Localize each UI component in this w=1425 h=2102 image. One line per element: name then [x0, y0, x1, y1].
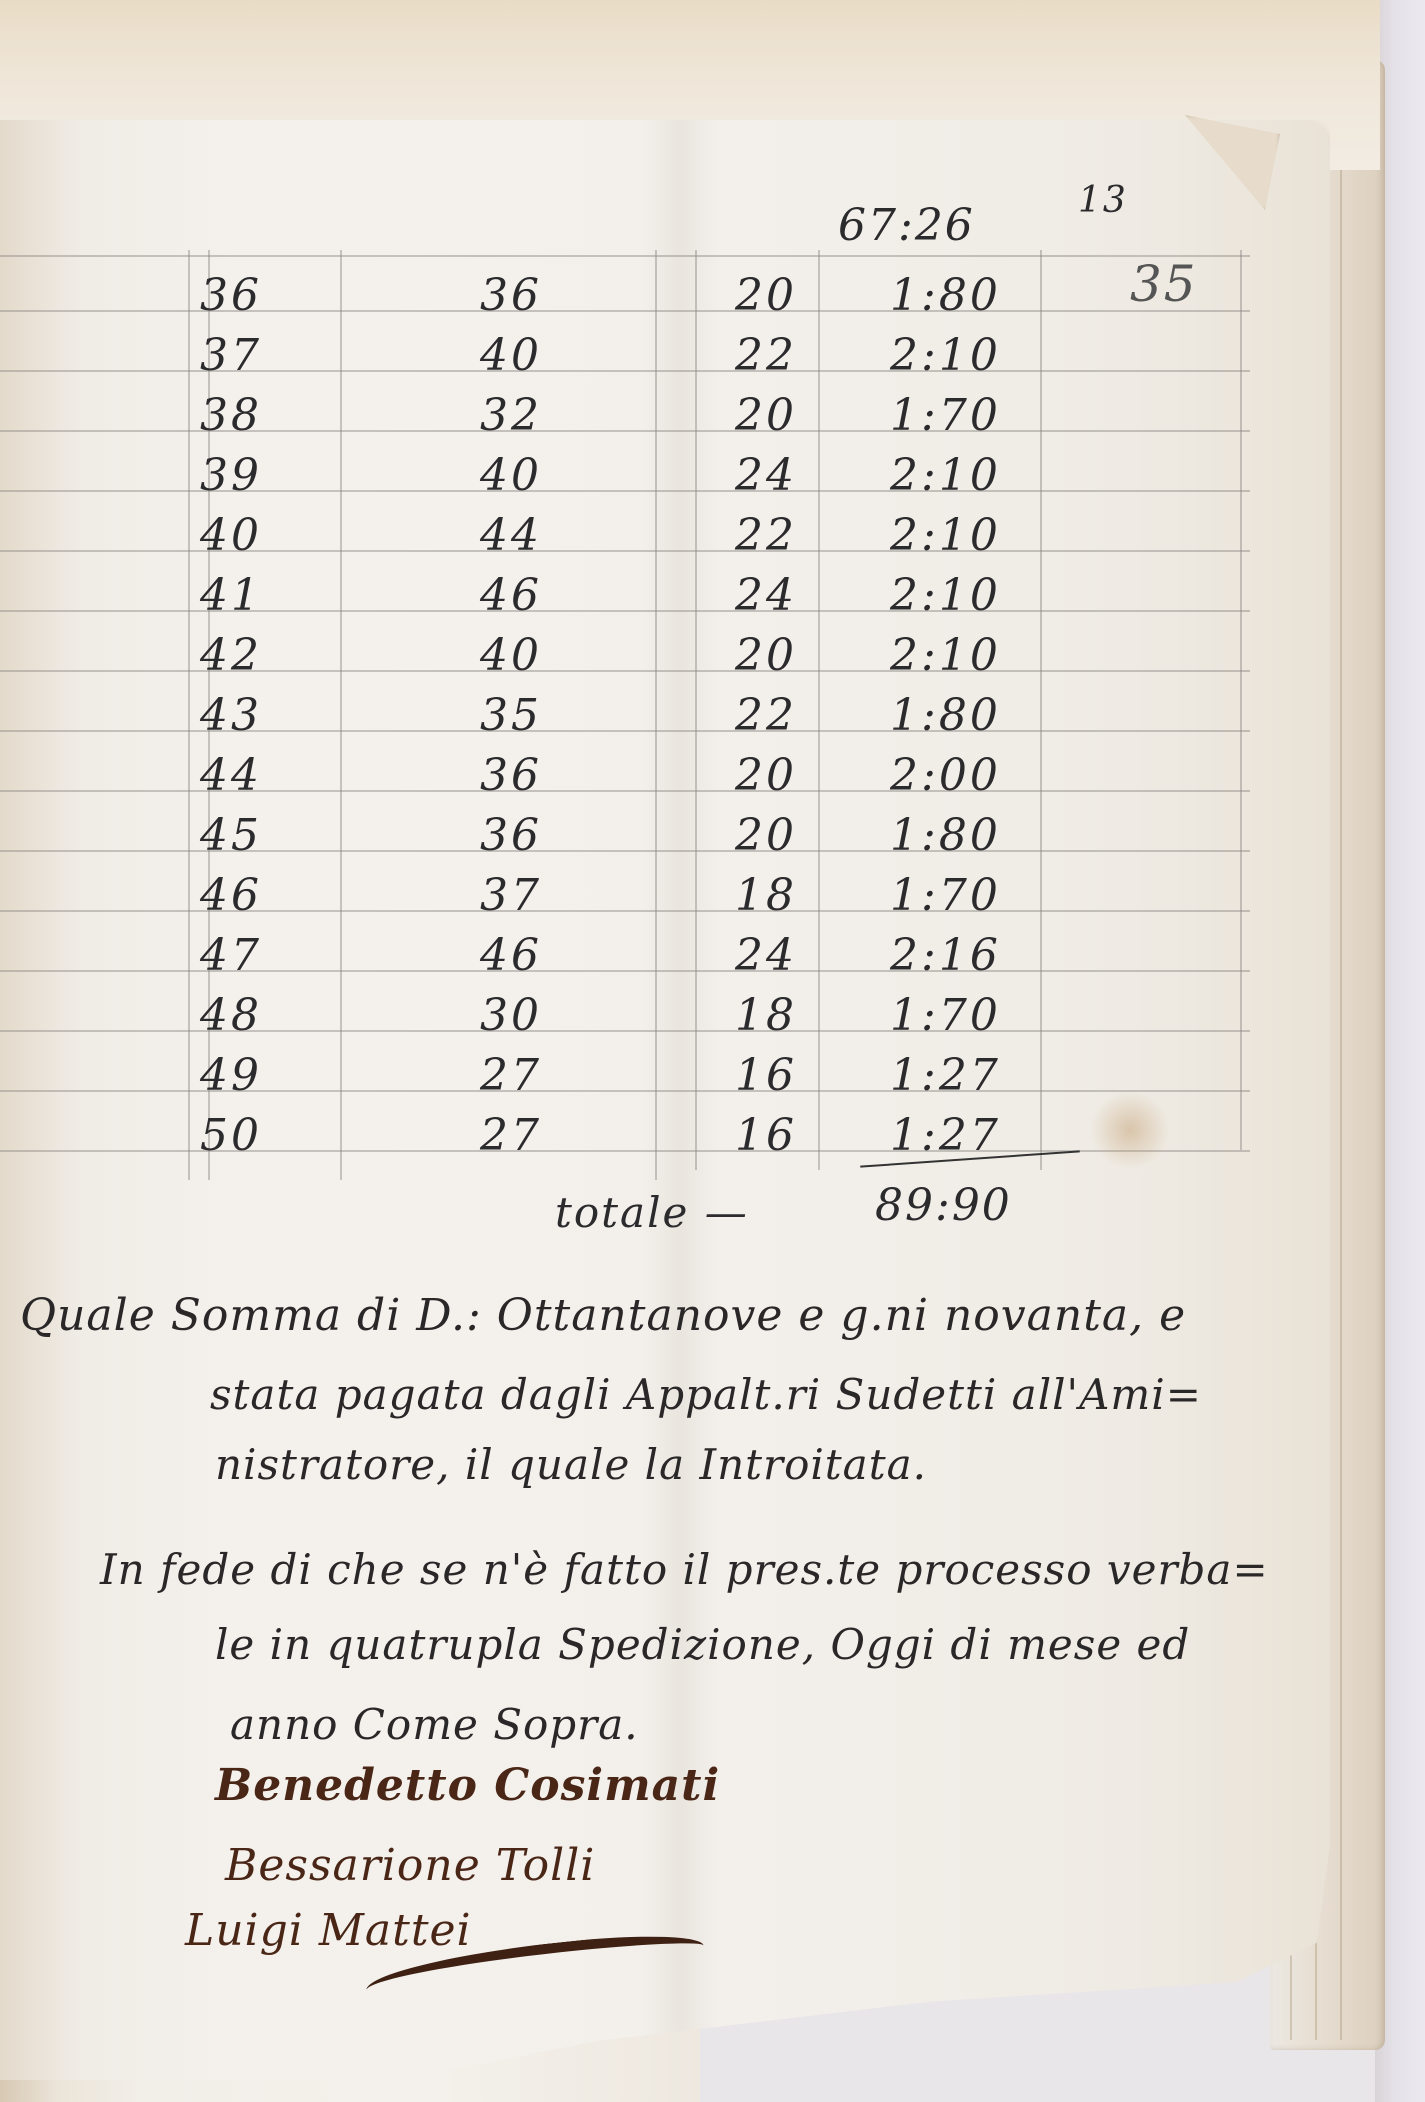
amount: 1:70: [890, 390, 1001, 441]
value-b: 20: [735, 390, 797, 441]
value-a: 46: [480, 570, 542, 621]
table-row: 44 36 20 2:00: [0, 750, 1330, 810]
table-row: 42 40 20 2:10: [0, 630, 1330, 690]
row-index: 50: [200, 1110, 262, 1161]
text-line: anno Come Sopra.: [230, 1700, 639, 1749]
row-index: 37: [200, 330, 262, 381]
value-a: 32: [480, 390, 542, 441]
value-a: 37: [480, 870, 542, 921]
text-line: Quale Somma di D.: Ottantanove e g.ni no…: [20, 1290, 1186, 1341]
page-edge-line: [1340, 160, 1342, 2040]
value-b: 18: [735, 870, 797, 921]
amount: 2:10: [890, 570, 1001, 621]
carried-total: 67:26: [838, 200, 975, 251]
amount: 2:16: [890, 930, 1001, 981]
value-b: 20: [735, 270, 797, 321]
amount: 1:70: [890, 870, 1001, 921]
table-row: 37 40 22 2:10: [0, 330, 1330, 390]
text-line: stata pagata dagli Appalt.ri Sudetti all…: [210, 1370, 1202, 1419]
value-b: 22: [735, 510, 797, 561]
table-row: 50 27 16 1:27: [0, 1110, 1330, 1170]
amount: 1:70: [890, 990, 1001, 1041]
value-a: 36: [480, 270, 542, 321]
value-a: 36: [480, 810, 542, 861]
value-b: 20: [735, 750, 797, 801]
table-row: 45 36 20 1:80: [0, 810, 1330, 870]
row-index: 43: [200, 690, 262, 741]
total-value: 89:90: [875, 1180, 1012, 1231]
signature: Luigi Mattei: [185, 1905, 472, 1956]
amount: 1:27: [890, 1110, 1001, 1161]
row-index: 39: [200, 450, 262, 501]
total-label: totale —: [555, 1188, 749, 1237]
amount: 2:10: [890, 450, 1001, 501]
amount: 2:10: [890, 510, 1001, 561]
row-index: 41: [200, 570, 262, 621]
page-number: 13: [1078, 180, 1128, 221]
signature: Bessarione Tolli: [225, 1840, 595, 1891]
value-a: 36: [480, 750, 542, 801]
value-b: 16: [735, 1110, 797, 1161]
value-b: 22: [735, 330, 797, 381]
amount: 1:27: [890, 1050, 1001, 1101]
table-row: 47 46 24 2:16: [0, 930, 1330, 990]
text-line: nistratore, il quale la Introitata.: [215, 1440, 927, 1489]
amount: 1:80: [890, 270, 1001, 321]
value-a: 40: [480, 450, 542, 501]
value-a: 40: [480, 330, 542, 381]
value-a: 35: [480, 690, 542, 741]
value-a: 44: [480, 510, 542, 561]
table-row: 43 35 22 1:80: [0, 690, 1330, 750]
text-line: le in quatrupla Spedizione, Oggi di mese…: [215, 1620, 1190, 1669]
row-index: 47: [200, 930, 262, 981]
value-a: 30: [480, 990, 542, 1041]
table-row: 36 36 20 1:80: [0, 270, 1330, 330]
row-index: 49: [200, 1050, 262, 1101]
row-index: 46: [200, 870, 262, 921]
amount: 2:10: [890, 630, 1001, 681]
value-b: 24: [735, 570, 797, 621]
value-a: 27: [480, 1050, 542, 1101]
amount: 2:10: [890, 330, 1001, 381]
value-a: 46: [480, 930, 542, 981]
value-b: 22: [735, 690, 797, 741]
value-b: 16: [735, 1050, 797, 1101]
value-a: 27: [480, 1110, 542, 1161]
row-index: 45: [200, 810, 262, 861]
signature: Benedetto Cosimati: [215, 1760, 720, 1811]
row-index: 48: [200, 990, 262, 1041]
value-b: 18: [735, 990, 797, 1041]
row-index: 42: [200, 630, 262, 681]
table-row: 41 46 24 2:10: [0, 570, 1330, 630]
value-a: 40: [480, 630, 542, 681]
row-index: 38: [200, 390, 262, 441]
row-index: 40: [200, 510, 262, 561]
amount: 1:80: [890, 690, 1001, 741]
table-row: 46 37 18 1:70: [0, 870, 1330, 930]
table-row: 38 32 20 1:70: [0, 390, 1330, 450]
row-index: 44: [200, 750, 262, 801]
table-row: 48 30 18 1:70: [0, 990, 1330, 1050]
value-b: 20: [735, 630, 797, 681]
value-b: 24: [735, 930, 797, 981]
table-row: 40 44 22 2:10: [0, 510, 1330, 570]
value-b: 24: [735, 450, 797, 501]
amount: 2:00: [890, 750, 1001, 801]
text-line: In fede di che se n'è fatto il pres.te p…: [100, 1545, 1269, 1594]
value-b: 20: [735, 810, 797, 861]
amount: 1:80: [890, 810, 1001, 861]
table-row: 39 40 24 2:10: [0, 450, 1330, 510]
table-row: 49 27 16 1:27: [0, 1050, 1330, 1110]
row-index: 36: [200, 270, 262, 321]
